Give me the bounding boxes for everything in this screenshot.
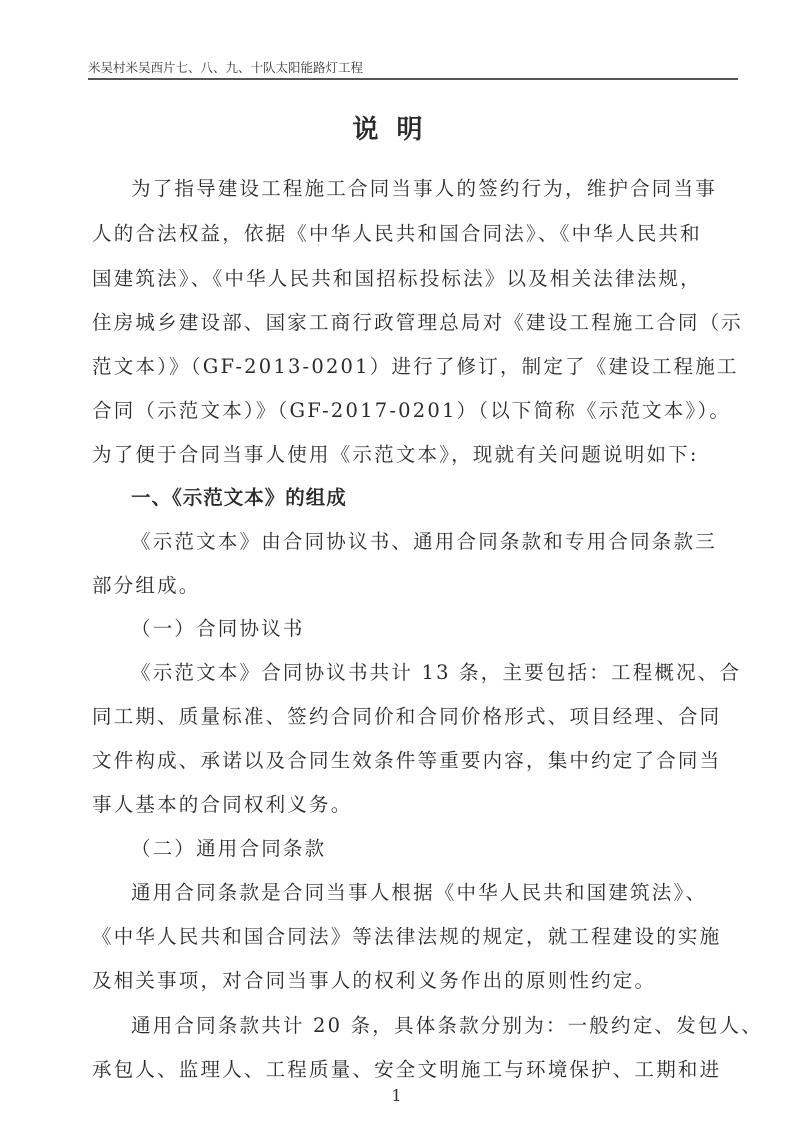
paragraph-line: 事人基本的合同权利义务。 [92, 793, 742, 817]
paragraph-line: 为了指导建设工程施工合同当事人的签约行为，维护合同当事 [131, 177, 742, 201]
paragraph-line: 住房城乡建设部、国家工商行政管理总局对《建设工程施工合同（示 [92, 311, 742, 335]
paragraph-line: 《中华人民共和国合同法》等法律法规的规定，就工程建设的实施 [92, 925, 742, 949]
paragraph-line: 通用合同条款是合同当事人根据《中华人民共和国建筑法》、 [131, 881, 742, 905]
header-divider [88, 78, 738, 80]
paragraph-line: 同工期、质量标准、签约合同价和合同价格形式、项目经理、合同 [92, 705, 742, 729]
page-number: 1 [0, 1086, 793, 1105]
page-title: 说明 [0, 109, 793, 146]
subsection-heading: （一）合同协议书 [131, 617, 742, 641]
paragraph-line: 文件构成、承诺以及合同生效条件等重要内容，集中约定了合同当 [92, 749, 742, 773]
paragraph-line: 合同（示范文本）》（GF-2017-0201）（以下简称《示范文本》）。 [92, 399, 742, 423]
paragraph-line: 《示范文本》合同协议书共计 13 条，主要包括：工程概况、合 [131, 661, 742, 685]
paragraph-line: 为了便于合同当事人使用《示范文本》，现就有关问题说明如下: [92, 443, 742, 467]
section-heading: 一、《示范文本》的组成 [131, 486, 742, 510]
paragraph-line: 范文本）》（GF-2013-0201）进行了修订，制定了《建设工程施工 [92, 355, 742, 379]
paragraph-line: 部分组成。 [92, 574, 742, 598]
subsection-heading: （二）通用合同条款 [131, 837, 742, 861]
paragraph-line: 通用合同条款共计 20 条，具体条款分别为：一般约定、发包人、 [131, 1014, 742, 1038]
paragraph-line: 国建筑法》、《中华人民共和国招标投标法》以及相关法律法规， [92, 267, 742, 291]
paragraph-line: 人的合法权益，依据《中华人民共和国合同法》、《中华人民共和 [92, 222, 742, 246]
paragraph-line: 及相关事项，对合同当事人的权利义务作出的原则性约定。 [92, 969, 742, 993]
paragraph-line: 《示范文本》由合同协议书、通用合同条款和专用合同条款三 [131, 530, 742, 554]
running-header: 米吴村米吴西片七、八、九、十队太阳能路灯工程 [88, 58, 740, 76]
paragraph-line: 承包人、监理人、工程质量、安全文明施工与环境保护、工期和进 [92, 1058, 742, 1082]
